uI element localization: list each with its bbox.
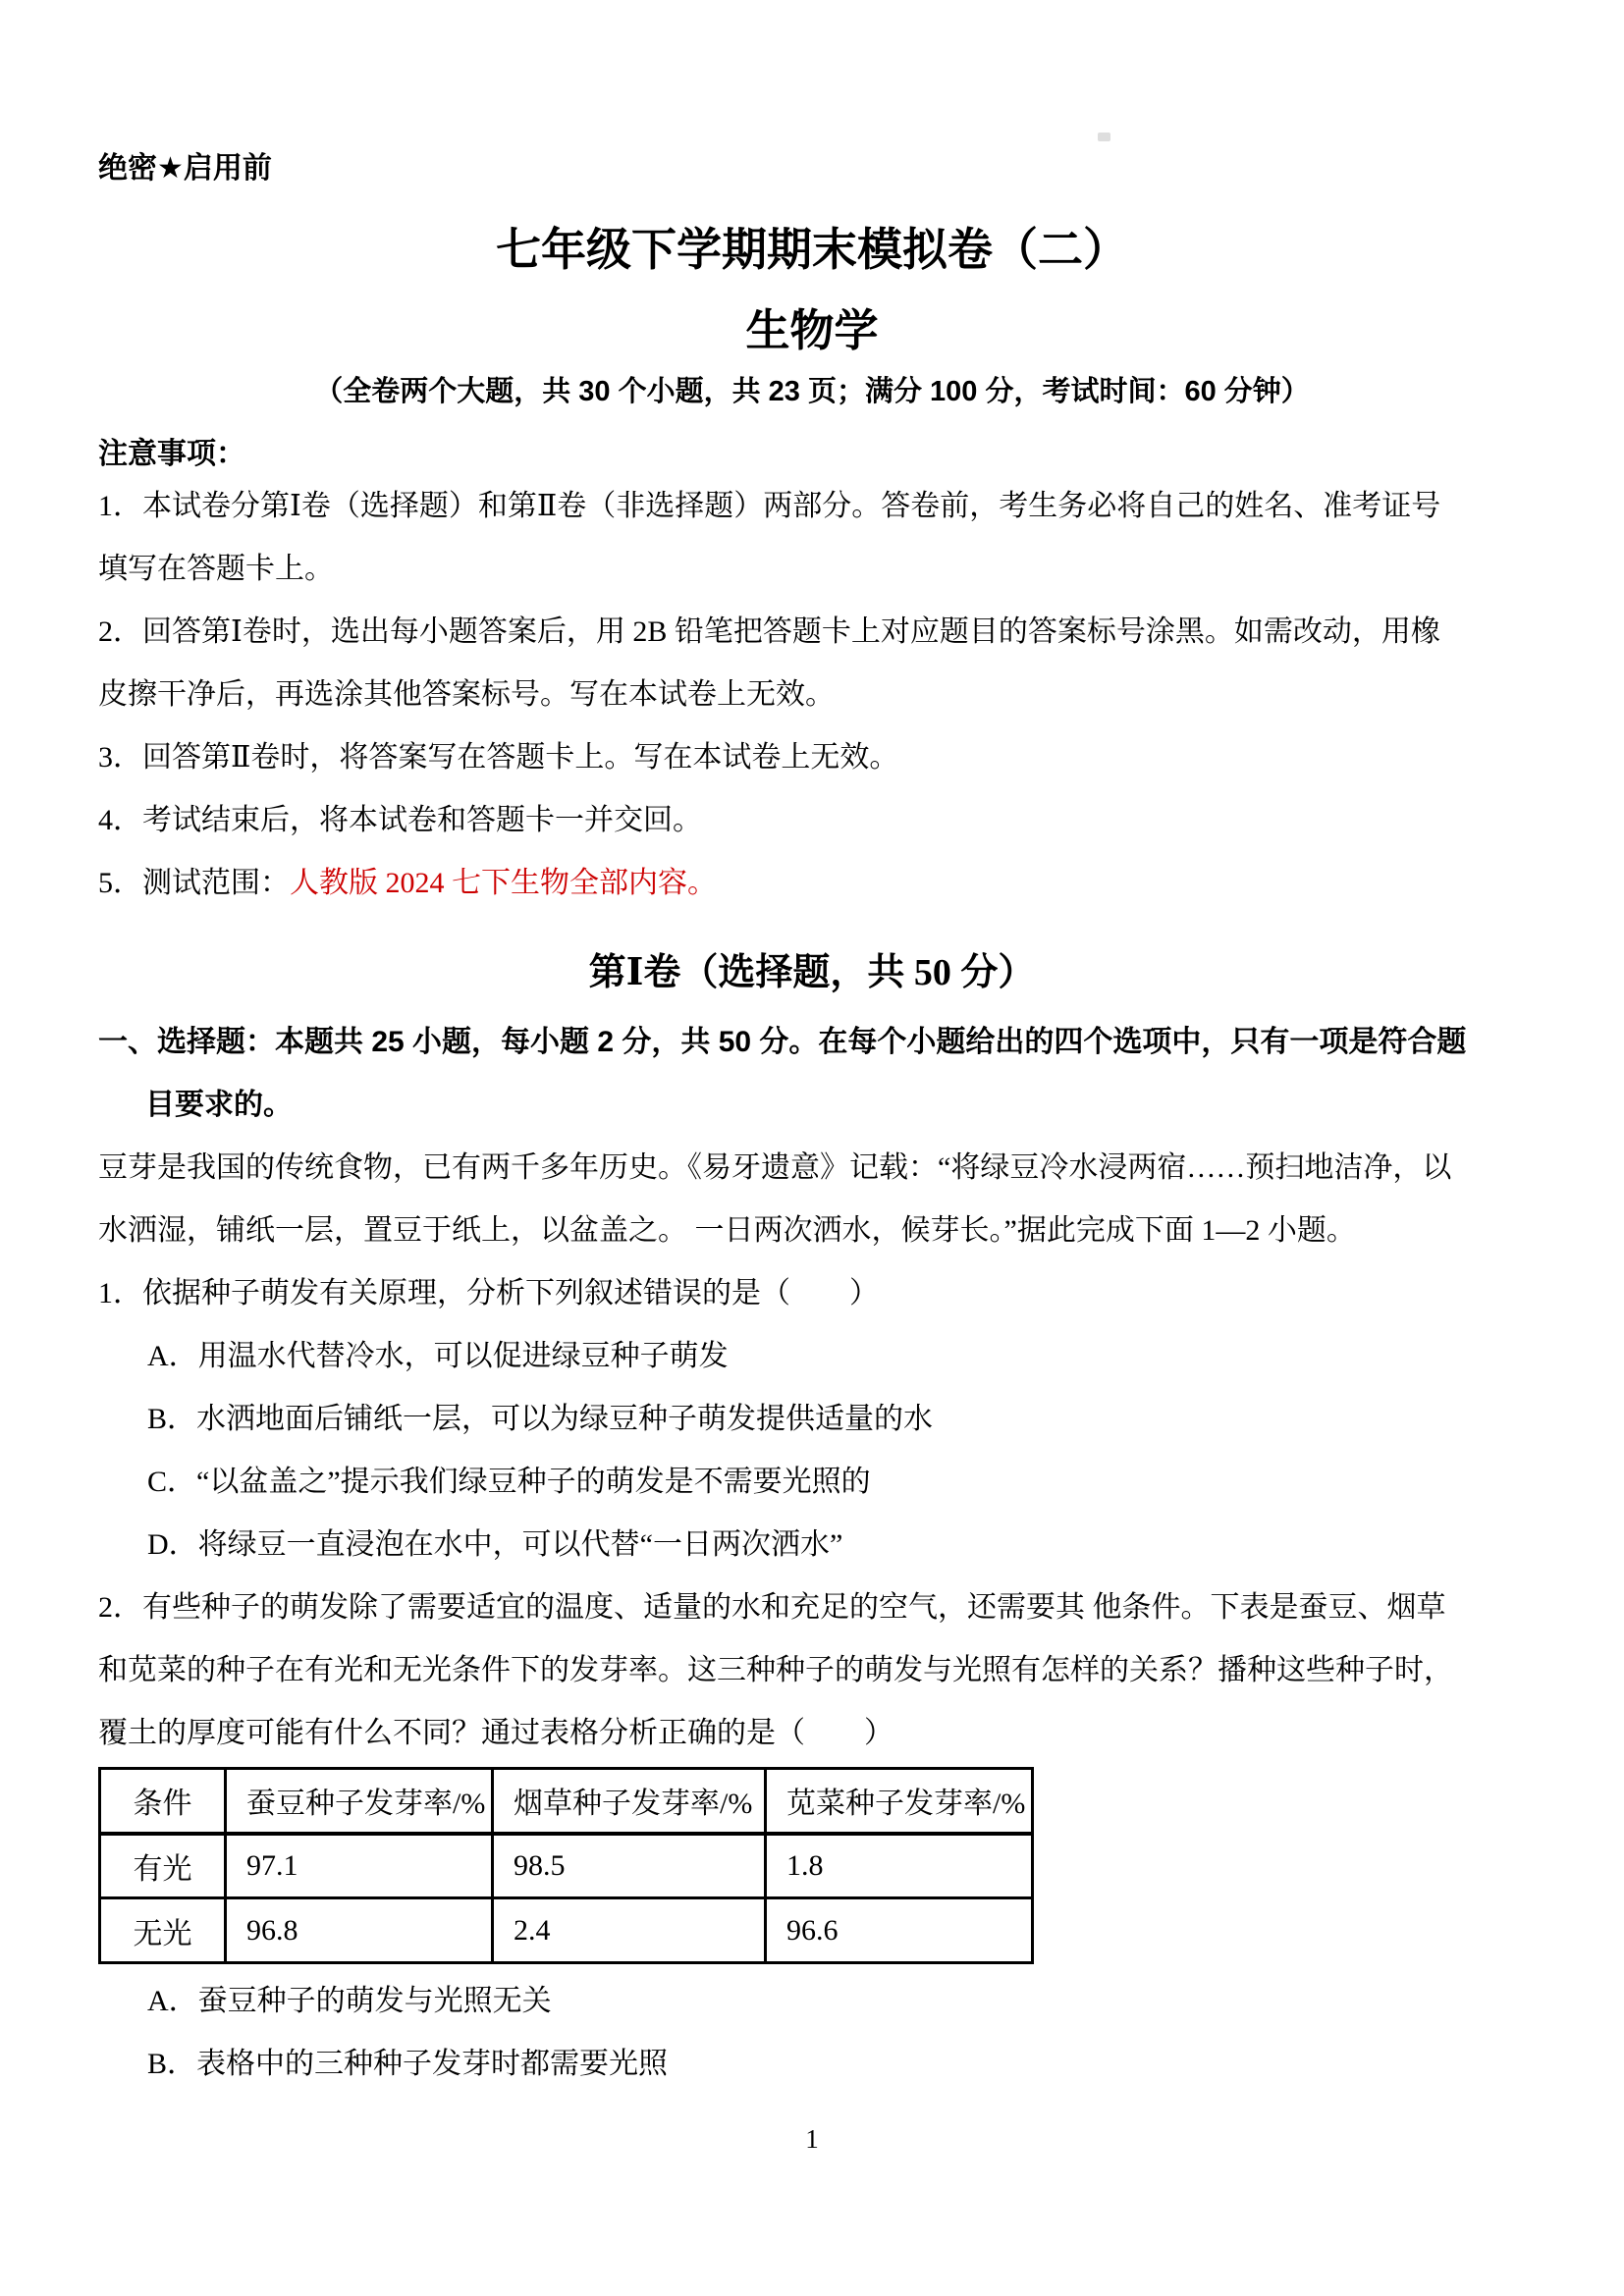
table-cell: 有光 [100,1834,226,1898]
table-row: 有光 97.1 98.5 1.8 [100,1834,1033,1898]
notice-line: 2．回答第Ⅰ卷时，选出每小题答案后，用 2B 铅笔把答题卡上对应题目的答案标号涂… [98,601,1526,664]
page-content: 绝密★启用前 七年级下学期期末模拟卷（二） 生物学 （全卷两个大题，共 30 个… [0,149,1624,2157]
question-2-stem-line: 2．有些种子的萌发除了需要适宜的温度、适量的水和充足的空气，还需要其 他条件。下… [98,1576,1526,1639]
exam-paper-page: 绝密★启用前 七年级下学期期末模拟卷（二） 生物学 （全卷两个大题，共 30 个… [0,0,1624,2296]
table-header-row: 条件 蚕豆种子发芽率/% 烟草种子发芽率/% 苋菜种子发芽率/% [100,1769,1033,1834]
question-1-stem: 1．依据种子萌发有关原理，分析下列叙述错误的是（ ） [98,1262,1526,1325]
stimulus-line: 豆芽是我国的传统食物，已有两千多年历史。《易牙遗意》记载：“将绿豆冷水浸两宿……… [98,1137,1526,1200]
stimulus-paragraph: 豆芽是我国的传统食物，已有两千多年历史。《易牙遗意》记载：“将绿豆冷水浸两宿……… [98,1137,1526,1262]
table-cell: 98.5 [493,1834,766,1898]
intro-line: 一、选择题：本题共 25 小题，每小题 2 分，共 50 分。在每个小题给出的四… [98,1011,1526,1074]
question-2-stem-line: 和苋菜的种子在有光和无光条件下的发芽率。这三种种子的萌发与光照有怎样的关系？播种… [98,1639,1526,1702]
notice-line: 1．本试卷分第Ⅰ卷（选择题）和第Ⅱ卷（非选择题）两部分。答卷前，考生务必将自己的… [98,475,1526,538]
page-number: 1 [98,2121,1526,2157]
question-1-option-a: A．用温水代替冷水，可以促进绿豆种子萌发 [98,1325,1526,1388]
germination-rate-table: 条件 蚕豆种子发芽率/% 烟草种子发芽率/% 苋菜种子发芽率/% 有光 97.1… [98,1767,1034,1964]
classification-label: 绝密★启用前 [98,149,1526,188]
subject-title: 生物学 [98,302,1526,359]
question-2-stem-line: 覆土的厚度可能有什么不同？通过表格分析正确的是（ ） [98,1702,1526,1765]
table-cell: 无光 [100,1898,226,1963]
exam-meta-line: （全卷两个大题，共 30 个小题，共 23 页；满分 100 分，考试时间：60… [98,371,1526,412]
table-header-tobacco: 烟草种子发芽率/% [493,1769,766,1834]
table-cell: 1.8 [766,1834,1033,1898]
table-cell: 96.6 [766,1898,1033,1963]
question-1: 1．依据种子萌发有关原理，分析下列叙述错误的是（ ） A．用温水代替冷水，可以促… [98,1262,1526,1576]
test-scope-label: 5．测试范围： [98,867,290,899]
table-cell: 2.4 [493,1898,766,1963]
table-cell: 96.8 [226,1898,493,1963]
section1-title: 第Ⅰ卷（选择题，共 50 分） [98,942,1526,1003]
notice-line-test-scope: 5．测试范围：人教版 2024 七下生物全部内容。 [98,852,1526,915]
table-row: 无光 96.8 2.4 96.6 [100,1898,1033,1963]
multiple-choice-intro: 一、选择题：本题共 25 小题，每小题 2 分，共 50 分。在每个小题给出的四… [98,1011,1526,1137]
notice-list: 1．本试卷分第Ⅰ卷（选择题）和第Ⅱ卷（非选择题）两部分。答卷前，考生务必将自己的… [98,475,1526,915]
question-1-option-c: C．“以盆盖之”提示我们绿豆种子的萌发是不需要光照的 [98,1451,1526,1514]
smudge-mark [1098,133,1110,141]
notice-line: 填写在答题卡上。 [98,538,1526,601]
table-header-condition: 条件 [100,1769,226,1834]
notice-heading: 注意事项： [98,434,1526,475]
stimulus-line: 水洒湿，铺纸一层，置豆于纸上，以盆盖之。 一日两次洒水，候芽长。”据此完成下面 … [98,1200,1526,1262]
question-2-options: A．蚕豆种子的萌发与光照无关 B．表格中的三种种子发芽时都需要光照 [98,1970,1526,2096]
table-header-broadbean: 蚕豆种子发芽率/% [226,1769,493,1834]
question-1-option-b: B．水洒地面后铺纸一层，可以为绿豆种子萌发提供适量的水 [98,1388,1526,1451]
question-1-option-d: D．将绿豆一直浸泡在水中，可以代替“一日两次洒水” [98,1514,1526,1576]
notice-line: 3．回答第Ⅱ卷时，将答案写在答题卡上。写在本试卷上无效。 [98,726,1526,789]
table-header-amaranth: 苋菜种子发芽率/% [766,1769,1033,1834]
notice-line: 4．考试结束后，将本试卷和答题卡一并交回。 [98,789,1526,852]
notice-line: 皮擦干净后，再选涂其他答案标号。写在本试卷上无效。 [98,664,1526,726]
intro-line: 目要求的。 [98,1074,1526,1137]
exam-title: 七年级下学期期末模拟卷（二） [98,218,1526,281]
table-cell: 97.1 [226,1834,493,1898]
question-2: 2．有些种子的萌发除了需要适宜的温度、适量的水和充足的空气，还需要其 他条件。下… [98,1576,1526,2096]
question-2-option-a: A．蚕豆种子的萌发与光照无关 [98,1970,1526,2033]
test-scope-highlight: 人教版 2024 七下生物全部内容。 [290,867,717,899]
question-2-option-b: B．表格中的三种种子发芽时都需要光照 [98,2033,1526,2096]
